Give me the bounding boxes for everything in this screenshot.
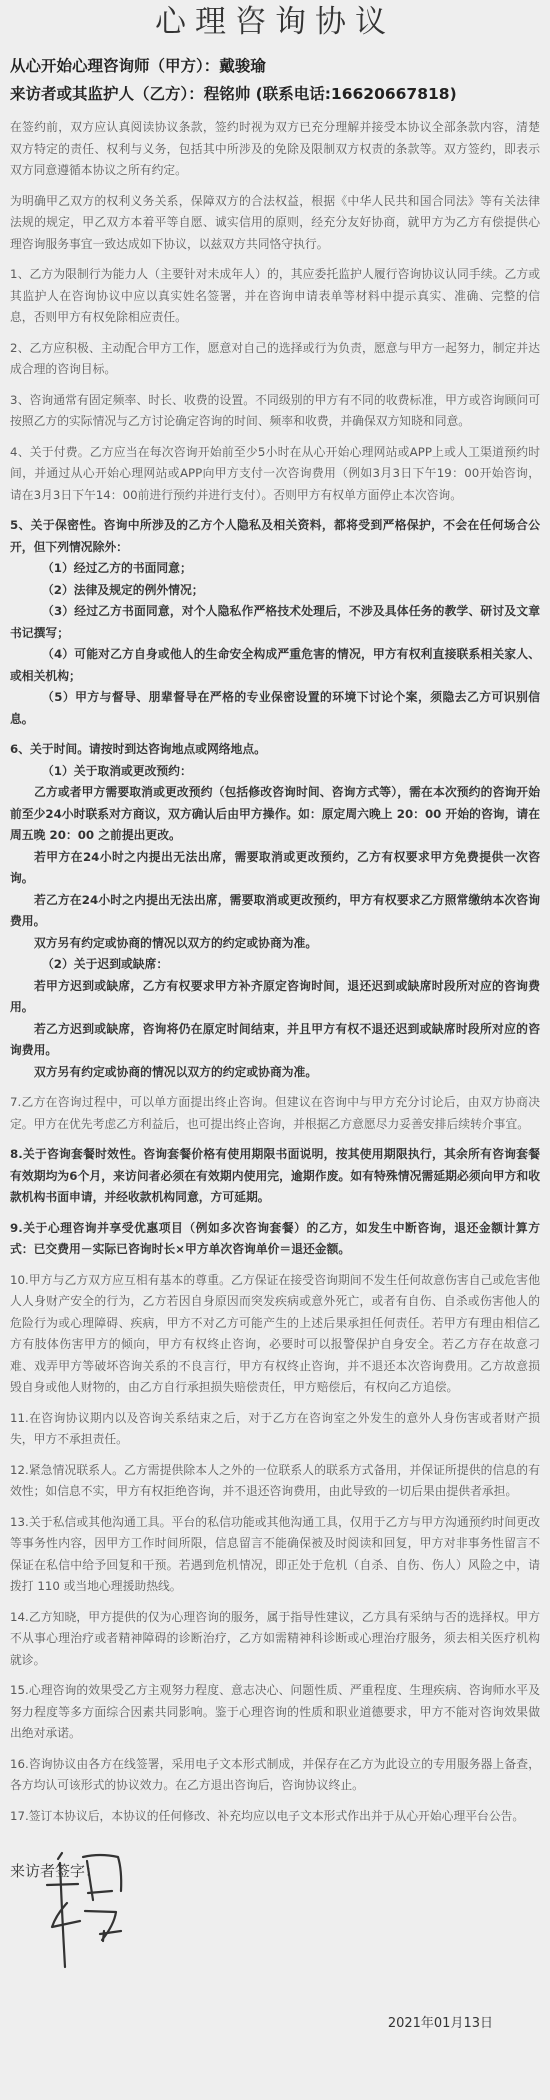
clause-6-sub2-line: 若甲方迟到或缺席，乙方有权要求甲方补齐原定咨询时间，退还迟到或缺席时段所对应的咨…: [10, 976, 540, 1019]
intro-paragraph: 在签约前，双方应认真阅读协议条款，签约时视为双方已充分理解并接受本协议全部条款内…: [10, 117, 540, 182]
clause-3: 3、咨询通常有固定频率、时长、收费的设置。不同级别的甲方有不同的收费标准，甲方或…: [10, 390, 540, 433]
agreement-document: 心理咨询协议 从心开始心理咨询师（甲方）：戴骏瑜 来访者或其监护人（乙方）：程铭…: [0, 0, 550, 1883]
clause-6-sub1-line: 乙方或者甲方需要取消或更改预约（包括修改咨询时间、咨询方式等），需在本次预约的咨…: [10, 782, 540, 847]
page-title: 心理咨询协议: [10, 0, 540, 46]
clause-6-sub1-line: 若甲方在24小时之内提出无法出席，需要取消或更改预约，乙方有权要求甲方免费提供一…: [10, 847, 540, 890]
clause-6-sub1-line: 若乙方在24小时之内提出无法出席，需要取消或更改预约，甲方有权要求乙方照常缴纳本…: [10, 890, 540, 933]
clause-5: 5、关于保密性。咨询中所涉及的乙方个人隐私及相关资料，都将受到严格保护，不会在任…: [10, 515, 540, 730]
clause-6: 6、关于时间。请按时到达咨询地点或网络地点。 （1）关于取消或更改预约： 乙方或…: [10, 739, 540, 1083]
clause-6-sub1-title: （1）关于取消或更改预约：: [10, 761, 540, 783]
clause-6-lead: 6、关于时间。请按时到达咨询地点或网络地点。: [10, 739, 540, 761]
clause-13: 13.关于私信或其他沟通工具。平台的私信功能或其他沟通工具，仅用于乙方与甲方沟通…: [10, 1512, 540, 1598]
clause-14: 14.乙方知晓，甲方提供的仅为心理咨询的服务，属于指导性建议，乙方具有采纳与否的…: [10, 1607, 540, 1672]
intro-paragraph: 为明确甲乙双方的权利义务关系，保障双方的合法权益，根据《中华人民共和国合同法》等…: [10, 191, 540, 256]
clause-5-item: （1）经过乙方的书面同意；: [10, 558, 540, 580]
clause-5-item: （3）经过乙方书面同意，对个人隐私作严格技术处理后，不涉及具体任务的教学、研讨及…: [10, 601, 540, 644]
clause-12: 12.紧急情况联系人。乙方需提供除本人之外的一位联系人的联系方式备用，并保证所提…: [10, 1460, 540, 1503]
clause-15: 15.心理咨询的效果受乙方主观努力程度、意志决心、问题性质、严重程度、生理疾病、…: [10, 1680, 540, 1745]
clause-5-item: （2）法律及规定的例外情况；: [10, 580, 540, 602]
clause-6-sub2-line: 若乙方迟到或缺席，咨询将仍在原定时间结束，并且甲方有权不退还迟到或缺席时段所对应…: [10, 1019, 540, 1062]
clause-10: 10.甲方与乙方双方应互相有基本的尊重。乙方保证在接受咨询期间不发生任何故意伤害…: [10, 1270, 540, 1399]
clause-2: 2、乙方应积极、主动配合甲方工作，愿意对自己的选择或行为负责，愿意与甲方一起努力…: [10, 338, 540, 381]
clause-1: 1、乙方为限制行为能力人（主要针对未成年人）的，其应委托监护人履行咨询协议认同手…: [10, 264, 540, 329]
party-a-line: 从心开始心理咨询师（甲方）：戴骏瑜: [10, 52, 540, 80]
clause-5-item: （4）可能对乙方自身或他人的生命安全构成严重危害的情况，甲方有权利直接联系相关家…: [10, 644, 540, 687]
clause-6-sub2-title: （2）关于迟到或缺席：: [10, 954, 540, 976]
clause-9: 9.关于心理咨询并享受优惠项目（例如多次咨询套餐）的乙方，如发生中断咨询，退还金…: [10, 1218, 540, 1261]
signing-date: 2021年01月13日: [388, 2012, 493, 2031]
clause-4: 4、关于付费。乙方应当在每次咨询开始前至少5小时在从心开始心理网站或APP上或人…: [10, 442, 540, 507]
clause-17: 17.签订本协议后，本协议的任何修改、补充均应以电子文本形式作出并于从心开始心理…: [10, 1806, 540, 1828]
clause-11: 11.在咨询协议期内以及咨询关系结束之后，对于乙方在咨询室之外发生的意外人身伤害…: [10, 1408, 540, 1451]
clause-6-sub2-line: 双方另有约定或协商的情况以双方的约定或协商为准。: [10, 1062, 540, 1084]
clause-7: 7.乙方在咨询过程中，可以单方面提出终止咨询。但建议在咨询中与甲方充分讨论后，由…: [10, 1092, 540, 1135]
clause-6-sub1-line: 双方另有约定或协商的情况以双方的约定或协商为准。: [10, 933, 540, 955]
clause-8: 8.关于咨询套餐时效性。咨询套餐价格有使用期限书面说明，按其使用期限执行，其余所…: [10, 1144, 540, 1209]
party-b-line: 来访者或其监护人（乙方）：程铭帅 (联系电话:16620667818): [10, 80, 540, 108]
clause-16: 16.咨询协议由各方在线签署，采用电子文本形式制成，并保存在乙方为此设立的专用服…: [10, 1754, 540, 1797]
clause-5-item: （5）甲方与督导、朋辈督导在严格的专业保密设置的环境下讨论个案，须隐去乙方可识别…: [10, 687, 540, 730]
clause-5-lead: 5、关于保密性。咨询中所涉及的乙方个人隐私及相关资料，都将受到严格保护，不会在任…: [10, 515, 540, 558]
signature-image: [40, 1845, 140, 1980]
